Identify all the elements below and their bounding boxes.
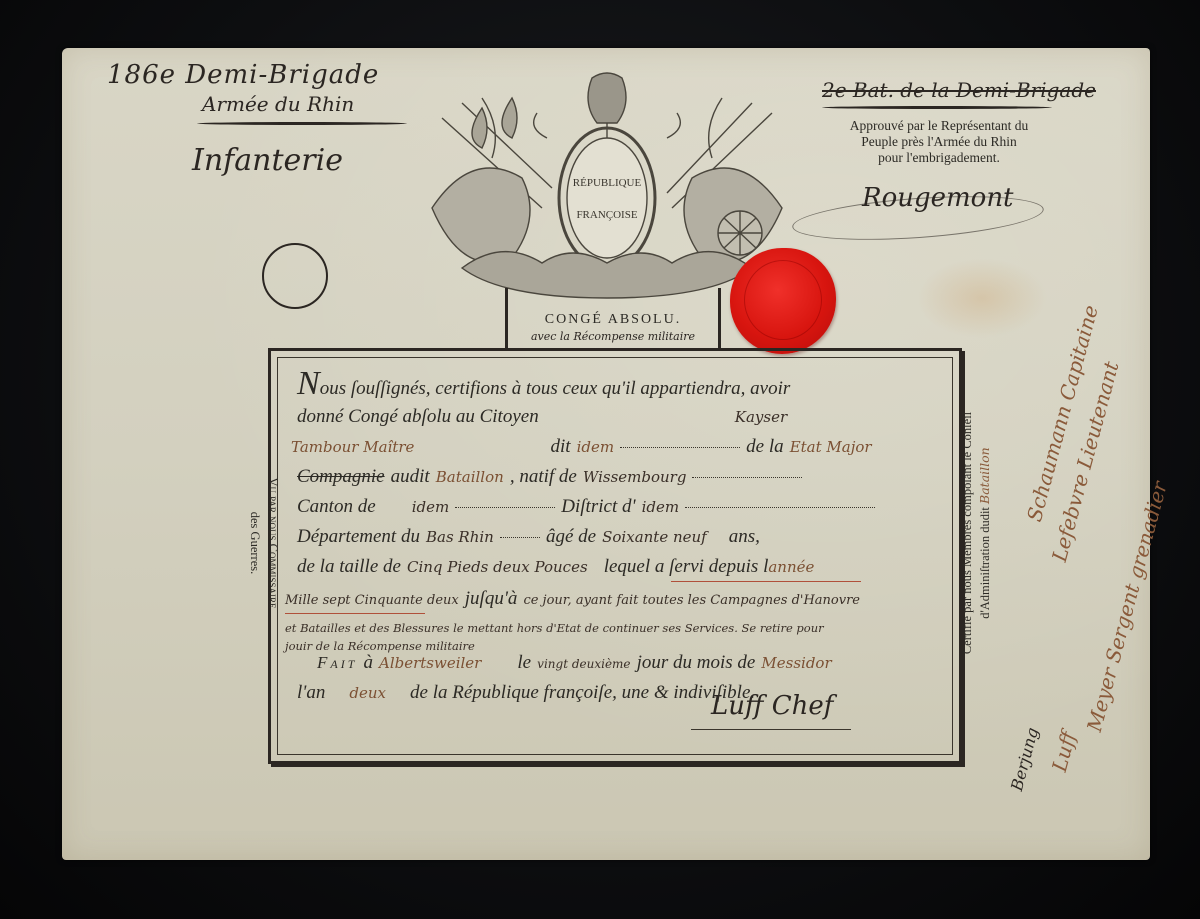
service-year-field: Mille sept Cinquante deux: [285, 593, 459, 608]
commissaire-line: Vu par nous Commissaire: [264, 448, 282, 638]
approval-text: Approuvé par le Représentant du Peuple p…: [814, 118, 1064, 166]
body-line-6: Département du Bas Rhin âgé de Soixante …: [297, 525, 760, 548]
district-field: idem: [642, 498, 680, 516]
body-text: Compagnie: [297, 466, 385, 487]
body-text: lequel a ſervi depuis l: [604, 556, 769, 577]
place-field: Albertsweiler: [379, 654, 481, 672]
battalion-label: 2e Bat. de la Demi-Brigade: [822, 78, 1096, 102]
body-line-2: donné Congé abſolu au Citoyen Kayser: [297, 405, 787, 428]
discharge-certificate: 186e Demi-Brigade Armée du Rhin Infanter…: [62, 48, 1150, 860]
birthplace-field: Wissembourg: [583, 468, 687, 486]
body-line-8: Mille sept Cinquante deux juſqu'à ce jou…: [285, 587, 860, 610]
demi-brigade-label: 186e Demi-Brigade: [107, 60, 379, 90]
body-text: de la: [746, 436, 783, 457]
brace-divider-right: [822, 106, 1052, 109]
body-text: Diſtrict d': [561, 496, 635, 517]
council-fill: Bataillon: [977, 447, 992, 504]
body-text: Département du: [297, 526, 420, 547]
year-field: deux: [349, 684, 386, 702]
republic-emblem-engraving: RÉPUBLIQUE FRANÇOISE: [422, 68, 792, 308]
document-title: CONGÉ ABSOLU.: [508, 312, 718, 328]
body-text: donné Congé abſolu au Citoyen: [297, 406, 539, 427]
council-line: Certifié par nous Membres compoſant le C…: [958, 353, 976, 713]
council-line: d'Adminiſtration dudit Bataillon: [976, 353, 994, 713]
stamp-circle: [262, 243, 328, 309]
approval-line: pour l'embrigadement.: [814, 150, 1064, 166]
title-box: CONGÉ ABSOLU. avec la Récompense militai…: [505, 288, 721, 348]
body-text: âgé de: [546, 526, 596, 547]
body-line-12: l'an deux de la République françoiſe, un…: [297, 681, 755, 704]
height-field: Cinq Pieds deux Pouces: [407, 558, 588, 576]
body-text: audit: [391, 466, 430, 487]
battalion-field: Bataillon: [436, 468, 504, 486]
body-text: ans,: [729, 526, 760, 547]
body-text: le: [517, 652, 531, 673]
body-text: à: [363, 652, 373, 673]
council-signature: Berjung: [1007, 726, 1042, 793]
signature-flourish: [791, 189, 1045, 246]
month-field: Messidor: [761, 654, 831, 672]
body-text: l'an: [297, 682, 325, 703]
approval-line: Approuvé par le Représentant du: [814, 118, 1064, 134]
officer-signature: Luff Chef: [711, 691, 833, 721]
body-line-4: Compagnie audit Bataillon , natif de Wis…: [297, 465, 802, 488]
body-text: jour du mois de: [637, 652, 756, 673]
body-text: Canton de: [297, 496, 376, 517]
council-text: d'Adminiſtration dudit: [978, 507, 992, 619]
certificate-body-frame: Nous ſouſſignés, certifions à tous ceux …: [268, 348, 962, 764]
body-line-3: Tambour Maître dit idem de la Etat Major: [291, 435, 872, 458]
svg-text:FRANÇOISE: FRANÇOISE: [576, 209, 637, 221]
body-text: Fait: [317, 653, 357, 672]
drop-capital: N: [297, 365, 320, 402]
canton-field: idem: [412, 498, 450, 516]
body-text: juſqu'à: [465, 588, 518, 609]
body-line-11: Fait à Albertsweiler le vingt deuxième j…: [317, 651, 832, 674]
body-text: , natif de: [510, 466, 577, 487]
body-line-5: Canton de idem Diſtrict d' idem: [297, 495, 875, 518]
brace-divider: [197, 122, 407, 125]
rank-field: Tambour Maître: [291, 438, 414, 456]
approval-line: Peuple près l'Armée du Rhin: [814, 134, 1064, 150]
commissaire-text: Vu par nous Commissaire des Guerres.: [232, 448, 282, 638]
campaigns-field: ce jour, ayant fait toutes les Campagnes…: [523, 593, 860, 608]
body-line-7: de la taille de Cinq Pieds deux Pouces l…: [297, 555, 814, 578]
commissaire-line: des Guerres.: [246, 448, 264, 638]
council-certification-text: Certifié par nous Membres compoſant le C…: [958, 353, 998, 713]
council-signature: Luff: [1047, 729, 1081, 774]
day-field: vingt deuxième: [537, 657, 630, 671]
infantry-label: Infanterie: [192, 143, 343, 178]
body-line-1: Nous ſouſſignés, certifions à tous ceux …: [297, 365, 790, 403]
unit-field: Etat Major: [790, 438, 872, 456]
signature-line: [691, 729, 851, 730]
body-text: de la taille de: [297, 556, 401, 577]
body-text: ous ſouſſignés, certifions à tous ceux q…: [320, 378, 791, 399]
citizen-name: Kayser: [735, 408, 787, 426]
svg-text:RÉPUBLIQUE: RÉPUBLIQUE: [573, 177, 642, 189]
army-label: Armée du Rhin: [202, 92, 354, 116]
alias-field: idem: [577, 438, 615, 456]
age-field: Soixante neuf: [602, 528, 707, 546]
body-text: dit: [550, 436, 570, 457]
service-start-field: année: [768, 558, 814, 576]
document-subtitle: avec la Récompense militaire: [508, 330, 718, 343]
body-text: de la République françoiſe, une & indivi…: [410, 682, 755, 703]
department-field: Bas Rhin: [426, 528, 494, 546]
red-wax-seal: [730, 248, 836, 354]
council-signature: Meyer Sergent grenadier: [1082, 479, 1172, 734]
